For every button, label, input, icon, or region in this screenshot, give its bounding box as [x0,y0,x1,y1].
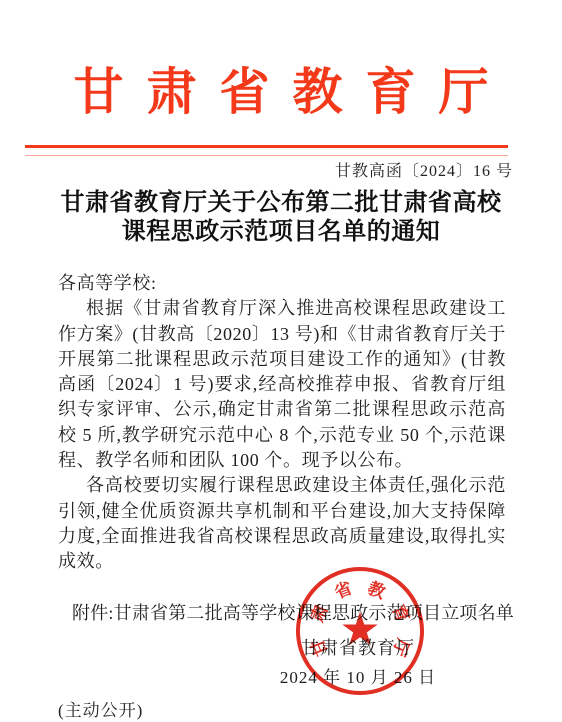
seal-arc-char: 育 [389,603,411,625]
body-paragraph: 各高校要切实履行课程思政建设主体责任,强化示范引领,健全优质资源共享机制和平台建… [58,473,506,574]
letterhead-agency-name: 甘肃省教育厅 [0,62,562,122]
document-title: 甘肃省教育厅关于公布第二批甘肃省高校 课程思政示范项目名单的通知 [0,189,562,246]
official-document-page: 甘肃省教育厅 甘教高函〔2024〕16 号 甘肃省教育厅关于公布第二批甘肃省高校… [0,0,562,722]
seal-arc-char: 教 [365,579,387,601]
document-body: 各高等学校: 根据《甘肃省教育厅深入推进高校课程思政建设工作方案》(甘教高〔20… [58,271,506,626]
disclosure-note: (主动公开) [58,696,143,721]
letterhead-double-rule [25,145,508,156]
document-title-line-1: 甘肃省教育厅关于公布第二批甘肃省高校 [0,189,562,218]
document-reference-number: 甘教高函〔2024〕16 号 [0,161,562,183]
seal-arc-char: 甘 [308,636,330,658]
salutation: 各高等学校: [58,271,506,296]
seal-arc-char: 省 [332,579,354,601]
attachment-line: 附件:甘肃省第二批高等学校课程思政示范项目立项名单 [58,601,506,626]
document-title-line-2: 课程思政示范项目名单的通知 [0,218,562,247]
body-paragraph: 根据《甘肃省教育厅深入推进高校课程思政建设工作方案》(甘教高〔2020〕13 号… [58,296,506,473]
seal-star-icon: ★ [339,606,380,652]
seal-arc-char: 厅 [390,636,412,658]
seal-arc-char: 肃 [308,603,330,625]
official-red-seal: 甘肃省教育厅 ★ [296,567,424,695]
body-paragraphs: 根据《甘肃省教育厅深入推进高校课程思政建设工作方案》(甘教高〔2020〕13 号… [58,296,506,574]
